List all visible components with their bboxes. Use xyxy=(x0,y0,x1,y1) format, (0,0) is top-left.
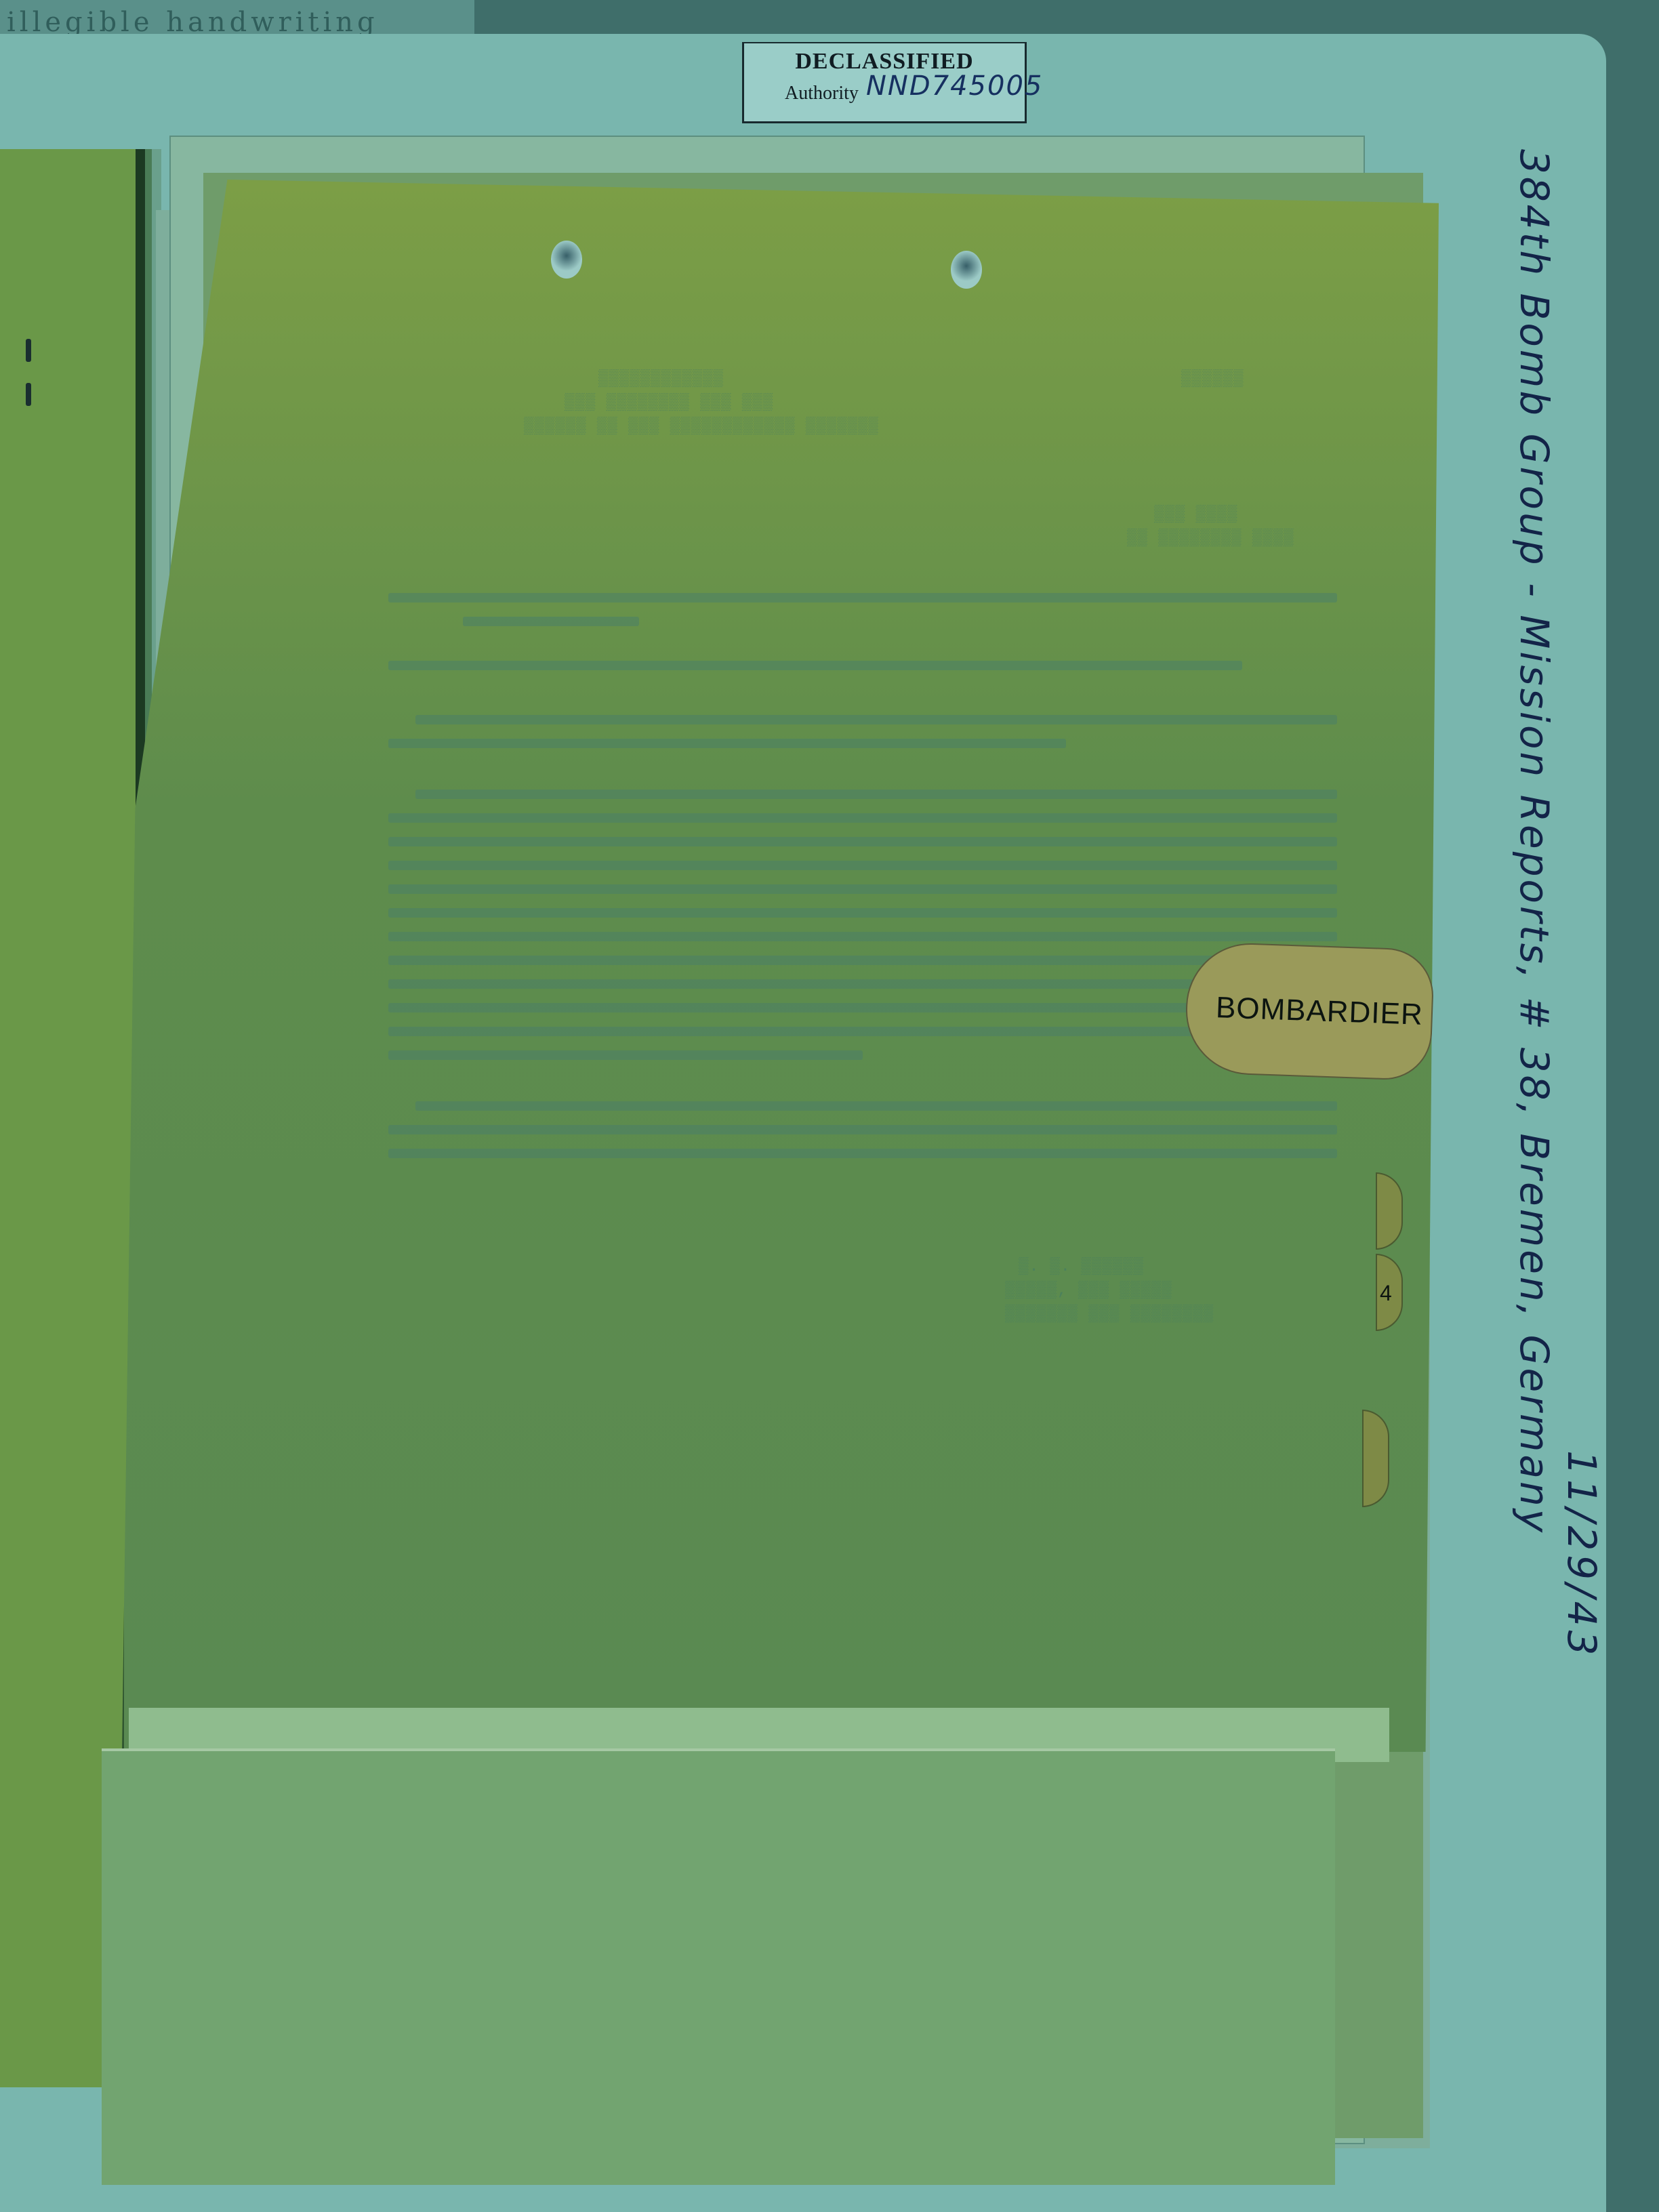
signature-line: ▒. ▒. ▒▒▒▒▒▒ xyxy=(1019,1257,1144,1277)
stamp-authority-value: NND745005 xyxy=(866,70,1043,102)
punch-hole xyxy=(551,241,582,279)
signature-line: ▒▒▒▒▒▒▒ ▒▒▒ ▒▒▒▒▒▒▒▒ xyxy=(1005,1305,1214,1325)
folder-pocket xyxy=(102,1748,1335,2185)
bombardier-index-tab[interactable]: BOMBARDIER xyxy=(1184,941,1435,1082)
header-line: ▒▒▒ ▒▒▒▒▒▒▒▒ ▒▒▒ ▒▒▒ xyxy=(565,393,773,413)
punch-hole xyxy=(951,251,982,289)
signature-line: ▒▒▒▒▒, ▒▒▒ ▒▒▒▒▒ xyxy=(1005,1281,1172,1301)
handwritten-folder-label: 384th Bomb Group - Mission Reports, # 38… xyxy=(1511,149,1557,1535)
staple-mark xyxy=(26,383,31,406)
top-right-line: ▒▒▒ ▒▒▒▒ xyxy=(1154,505,1237,525)
bombardier-tab-label: BOMBARDIER xyxy=(1215,991,1423,1032)
declassified-stamp: DECLASSIFIED Authority NND745005 xyxy=(742,42,1027,123)
side-index-tab[interactable] xyxy=(1362,1410,1389,1507)
header-line: ▒▒▒▒▒▒▒▒▒▒▒▒ xyxy=(598,369,724,390)
side-tab-number: 4 xyxy=(1380,1281,1392,1306)
staple-mark xyxy=(26,339,31,362)
stamp-authority-label: Authority xyxy=(785,83,859,104)
top-right-line: ▒▒ ▒▒▒▒▒▒▒▒ ▒▒▒▒ xyxy=(1127,529,1294,549)
header-line: ▒▒▒▒▒▒ ▒▒ ▒▒▒ ▒▒▒▒▒▒▒▒▒▒▒▒ ▒▒▒▒▒▒▒ xyxy=(524,417,879,437)
top-right-line: ▒▒▒▒▒▒ xyxy=(1181,369,1244,390)
handwritten-date: 11/29/43 xyxy=(1559,1450,1605,1660)
